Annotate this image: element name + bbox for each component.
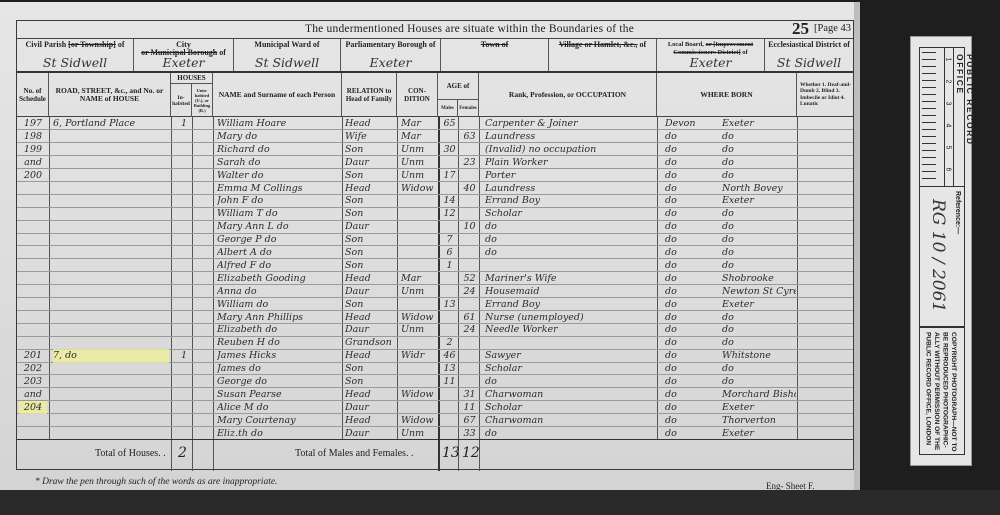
inhabited-count	[177, 414, 191, 427]
relation: Daur	[345, 401, 395, 414]
born-place: Exeter	[722, 427, 796, 440]
schedule-number: 199	[19, 143, 47, 156]
relation: Head	[345, 349, 395, 362]
person-name: Alice M do	[217, 401, 341, 414]
census-page: The undermentioned Houses are situate wi…	[0, 2, 860, 490]
census-row: Elizabeth doDaurUnm24Needle Workerdodo	[17, 323, 853, 336]
relation: Head	[345, 272, 395, 285]
census-row: Mary CourtenayHeadWidow67CharwomandoThor…	[17, 414, 853, 427]
age-male: 14	[441, 194, 458, 207]
condition: Widow	[401, 414, 437, 427]
age-female: 61	[461, 311, 478, 324]
district-value: St Sidwell	[765, 55, 853, 70]
condition: Unm	[401, 285, 437, 298]
copyright-notice: COPYRIGHT PHOTOGRAPH—NOT TO BE REPRODUCE…	[919, 327, 965, 455]
col-header-uninhabited: Unin-habited (U.), or Building (B.)	[192, 84, 213, 117]
page-number: [Page 43	[814, 23, 851, 34]
age-female	[461, 194, 478, 207]
occupation: Laundress	[485, 130, 655, 143]
age-male	[441, 311, 458, 324]
road-address: 6, Portland Place	[53, 117, 169, 130]
born-place: do	[722, 259, 796, 272]
age-female: 10	[461, 220, 478, 233]
col-header-inhabited: In-habited	[171, 84, 192, 117]
relation: Son	[345, 207, 395, 220]
relation: Head	[345, 311, 395, 324]
born-place: do	[722, 362, 796, 375]
age-male: 30	[441, 143, 458, 156]
col-header-schedule: No. of Schedule	[17, 73, 49, 116]
age-female	[461, 375, 478, 388]
district-value: Exeter	[341, 55, 440, 70]
district-city: Cityor Municipal Borough of Exeter	[134, 39, 234, 71]
col-header-where-born: WHERE BORN	[657, 73, 797, 116]
relation: Head	[345, 388, 395, 401]
relation: Son	[345, 169, 395, 182]
age-female: 63	[461, 130, 478, 143]
age-male	[441, 285, 458, 298]
age-female: 24	[461, 323, 478, 336]
age-male	[441, 220, 458, 233]
born-place: Exeter	[722, 298, 796, 311]
occupation: Sawyer	[485, 349, 655, 362]
born-place: do	[722, 323, 796, 336]
header-banner: The undermentioned Houses are situate wi…	[17, 21, 853, 39]
age-female	[461, 259, 478, 272]
district-value: St Sidwell	[17, 55, 133, 70]
person-name: Mary Ann Phillips	[217, 311, 341, 324]
col-header-males: Males	[438, 100, 458, 117]
age-male: 1	[441, 259, 458, 272]
born-county: do	[665, 169, 720, 182]
relation: Daur	[345, 220, 395, 233]
born-county: do	[665, 401, 720, 414]
occupation: do	[485, 246, 655, 259]
condition	[401, 375, 437, 388]
relation: Head	[345, 414, 395, 427]
census-row: George P doSon7dododo	[17, 233, 853, 246]
condition: Widow	[401, 388, 437, 401]
road-address	[53, 169, 169, 182]
occupation	[485, 259, 655, 272]
road-address	[53, 298, 169, 311]
road-address	[53, 272, 169, 285]
relation: Daur	[345, 285, 395, 298]
relation: Daur	[345, 427, 395, 440]
census-row: Elizabeth GoodingHeadMar52Mariner's Wife…	[17, 272, 853, 285]
inhabited-count	[177, 285, 191, 298]
born-county: do	[665, 298, 720, 311]
born-place: Newton St Cyres	[722, 285, 796, 298]
inhabited-count	[177, 427, 191, 440]
occupation: do	[485, 375, 655, 388]
census-row: 204Alice M doDaur11ScholardoExeter	[17, 401, 853, 414]
occupation: (Invalid) no occupation	[485, 143, 655, 156]
schedule-number: 197	[19, 117, 47, 130]
reference-label: Reference:—	[954, 191, 961, 234]
age-male: 12	[441, 207, 458, 220]
district-municipal-ward: Municipal Ward of St Sidwell	[234, 39, 341, 71]
total-males-value: 13	[442, 445, 460, 461]
age-female	[461, 169, 478, 182]
condition: Mar	[401, 130, 437, 143]
age-male: 46	[441, 349, 458, 362]
col-header-occupation: Rank, Profession, or OCCUPATION	[479, 73, 657, 116]
schedule-number	[19, 259, 47, 272]
born-place: do	[722, 233, 796, 246]
born-county: do	[665, 130, 720, 143]
born-county: do	[665, 272, 720, 285]
condition: Unm	[401, 169, 437, 182]
person-name: Susan Pearse	[217, 388, 341, 401]
road-address	[53, 194, 169, 207]
age-male	[441, 388, 458, 401]
schedule-number	[19, 220, 47, 233]
schedule-number: and	[19, 156, 47, 169]
person-name: Sarah do	[217, 156, 341, 169]
inhabited-count: 1	[177, 117, 191, 130]
born-place: Exeter	[722, 401, 796, 414]
scale-number: 1	[944, 58, 951, 62]
occupation: Scholar	[485, 401, 655, 414]
occupation: Housemaid	[485, 285, 655, 298]
census-row: John F doSon14Errand BoydoExeter	[17, 194, 853, 207]
born-place: do	[722, 220, 796, 233]
census-row: andSarah doDaurUnm23Plain Workerdodo	[17, 156, 853, 169]
age-male: 17	[441, 169, 458, 182]
col-header-road: ROAD, STREET, &c., and No. or NAME of HO…	[49, 73, 171, 116]
schedule-number: 204	[19, 401, 47, 414]
age-male	[441, 427, 458, 440]
born-county: do	[665, 182, 720, 195]
age-male: 6	[441, 246, 458, 259]
born-place: do	[722, 130, 796, 143]
relation: Head	[345, 117, 395, 130]
condition	[401, 220, 437, 233]
census-row: 200Walter doSonUnm17Porterdodo	[17, 169, 853, 182]
occupation: Laundress	[485, 182, 655, 195]
schedule-number	[19, 233, 47, 246]
born-place: Morchard Bishop	[722, 388, 796, 401]
born-place: Whitstone	[722, 349, 796, 362]
person-name: Alfred F do	[217, 259, 341, 272]
age-male: 2	[441, 336, 458, 349]
person-name: Mary Ann L do	[217, 220, 341, 233]
age-male	[441, 401, 458, 414]
person-name: William T do	[217, 207, 341, 220]
condition: Unm	[401, 427, 437, 440]
occupation: Scholar	[485, 362, 655, 375]
col-header-females: Females	[458, 100, 479, 117]
scale-ruler: 123456 PUBLIC RECORD OFFICE	[919, 47, 965, 187]
schedule-number	[19, 427, 47, 440]
schedule-number: 201	[19, 349, 47, 362]
census-row: 2017, do1James HicksHeadWidr46SawyerdoWh…	[17, 349, 853, 362]
born-county: do	[665, 414, 720, 427]
census-row: 203George doSon11dododo	[17, 375, 853, 388]
born-county: Devon	[665, 117, 720, 130]
born-county: do	[665, 323, 720, 336]
ruler-scale: 123456	[944, 48, 954, 186]
condition	[401, 259, 437, 272]
relation: Wife	[345, 130, 395, 143]
record-office-label: 123456 PUBLIC RECORD OFFICE Reference:— …	[910, 36, 972, 466]
totals-row: Total of Houses. . 2 Total of Males and …	[17, 439, 853, 471]
person-name: James Hicks	[217, 349, 341, 362]
person-name: Richard do	[217, 143, 341, 156]
occupation: Charwoman	[485, 388, 655, 401]
inhabited-count	[177, 401, 191, 414]
inhabited-count	[177, 143, 191, 156]
district-town: Town of	[441, 39, 549, 71]
age-female: 23	[461, 156, 478, 169]
age-female	[461, 336, 478, 349]
age-female: 24	[461, 285, 478, 298]
column-headers: No. of Schedule ROAD, STREET, &c., and N…	[17, 73, 853, 117]
schedule-number: 202	[19, 362, 47, 375]
born-place: Shobrooke	[722, 272, 796, 285]
road-address	[53, 233, 169, 246]
born-place: North Bovey	[722, 182, 796, 195]
col-header-name: NAME and Surname of each Person	[213, 73, 342, 116]
total-females-value: 12	[462, 445, 480, 461]
inhabited-count	[177, 272, 191, 285]
age-female: 11	[461, 401, 478, 414]
inhabited-count	[177, 323, 191, 336]
schedule-number: 203	[19, 375, 47, 388]
census-row: Anna doDaurUnm24HousemaiddoNewton St Cyr…	[17, 285, 853, 298]
inhabited-count	[177, 207, 191, 220]
ruler-ticks	[922, 52, 936, 184]
relation: Head	[345, 182, 395, 195]
census-row: 199Richard doSonUnm30(Invalid) no occupa…	[17, 143, 853, 156]
schedule-number	[19, 323, 47, 336]
condition	[401, 336, 437, 349]
age-male	[441, 414, 458, 427]
person-name: Elizabeth do	[217, 323, 341, 336]
condition: Unm	[401, 143, 437, 156]
person-name: Reuben H do	[217, 336, 341, 349]
schedule-number	[19, 272, 47, 285]
road-address	[53, 336, 169, 349]
relation: Son	[345, 233, 395, 246]
col-header-condition: CON-DITION	[397, 73, 438, 116]
inhabited-count	[177, 220, 191, 233]
relation: Son	[345, 375, 395, 388]
schedule-number	[19, 207, 47, 220]
census-row: Mary Ann PhillipsHeadWidow61Nurse (unemp…	[17, 311, 853, 324]
road-address	[53, 130, 169, 143]
scan-border	[0, 490, 1000, 515]
scale-number: 4	[944, 124, 951, 128]
inhabited-count	[177, 311, 191, 324]
inhabited-count	[177, 130, 191, 143]
age-male	[441, 156, 458, 169]
condition	[401, 194, 437, 207]
occupation: Plain Worker	[485, 156, 655, 169]
road-address	[53, 414, 169, 427]
record-office-title: PUBLIC RECORD OFFICE	[955, 54, 975, 186]
inhabited-count	[177, 233, 191, 246]
age-female: 33	[461, 427, 478, 440]
district-value: St Sidwell	[234, 55, 340, 70]
inhabited-count	[177, 336, 191, 349]
schedule-number	[19, 194, 47, 207]
relation: Son	[345, 194, 395, 207]
age-female	[461, 207, 478, 220]
road-address	[53, 323, 169, 336]
occupation: Mariner's Wife	[485, 272, 655, 285]
condition: Unm	[401, 156, 437, 169]
born-county: do	[665, 156, 720, 169]
census-rows: 1976, Portland Place1William HoareHeadMa…	[17, 117, 853, 439]
relation: Grandson	[345, 336, 395, 349]
condition	[401, 207, 437, 220]
district-local-board: Local Board, or [Improvement Commissione…	[657, 39, 765, 71]
inhabited-count	[177, 169, 191, 182]
occupation: Charwoman	[485, 414, 655, 427]
born-place: do	[722, 375, 796, 388]
census-row: 1976, Portland Place1William HoareHeadMa…	[17, 117, 853, 130]
person-name: John F do	[217, 194, 341, 207]
inhabited-count	[177, 259, 191, 272]
age-male	[441, 323, 458, 336]
relation: Son	[345, 362, 395, 375]
road-address	[53, 220, 169, 233]
road-address	[53, 285, 169, 298]
census-row: Reuben H doGrandson2dodo	[17, 336, 853, 349]
born-county: do	[665, 285, 720, 298]
occupation: Porter	[485, 169, 655, 182]
scale-number: 5	[944, 146, 951, 150]
born-place: do	[722, 143, 796, 156]
census-form: The undermentioned Houses are situate wi…	[16, 20, 854, 470]
schedule-number	[19, 246, 47, 259]
age-male: 65	[441, 117, 458, 130]
census-row: William T doSon12Scholardodo	[17, 207, 853, 220]
born-county: do	[665, 362, 720, 375]
road-address	[53, 246, 169, 259]
age-male: 7	[441, 233, 458, 246]
road-address	[53, 259, 169, 272]
road-address	[53, 388, 169, 401]
total-houses-value: 2	[178, 445, 187, 461]
occupation	[485, 336, 655, 349]
person-name: Emma M Collings	[217, 182, 341, 195]
relation: Son	[345, 259, 395, 272]
occupation: do	[485, 427, 655, 440]
reference-value: RG 10 / 2061	[928, 199, 948, 312]
district-parliamentary-borough: Parliamentary Borough of Exeter	[341, 39, 441, 71]
age-male	[441, 130, 458, 143]
age-female	[461, 117, 478, 130]
occupation: Carpenter & Joiner	[485, 117, 655, 130]
col-header-relation: RELATION to Head of Family	[342, 73, 397, 116]
born-county: do	[665, 143, 720, 156]
born-county: do	[665, 388, 720, 401]
census-row: Mary Ann L doDaur10dododo	[17, 220, 853, 233]
born-county: do	[665, 246, 720, 259]
schedule-number: 200	[19, 169, 47, 182]
inhabited-count	[177, 182, 191, 195]
person-name: George do	[217, 375, 341, 388]
born-county: do	[665, 220, 720, 233]
person-name: Albert A do	[217, 246, 341, 259]
road-address	[53, 311, 169, 324]
district-civil-parish: Civil Parish [or Township] of St Sidwell	[17, 39, 134, 71]
born-place: do	[722, 169, 796, 182]
schedule-number	[19, 414, 47, 427]
sheet-number: 25	[792, 19, 809, 39]
age-female: 40	[461, 182, 478, 195]
reference-box: Reference:— RG 10 / 2061	[919, 187, 965, 327]
occupation: Needle Worker	[485, 323, 655, 336]
person-name: Eliz.th do	[217, 427, 341, 440]
census-row: 202James doSon13Scholardodo	[17, 362, 853, 375]
person-name: Elizabeth Gooding	[217, 272, 341, 285]
age-male	[441, 182, 458, 195]
condition	[401, 401, 437, 414]
inhabited-count	[177, 388, 191, 401]
district-village: Village or Hamlet, &c., of	[549, 39, 657, 71]
schedule-number	[19, 298, 47, 311]
schedule-number: 198	[19, 130, 47, 143]
person-name: George P do	[217, 233, 341, 246]
total-houses-label: Total of Houses. .	[95, 448, 166, 459]
person-name: Mary Courtenay	[217, 414, 341, 427]
schedule-number	[19, 336, 47, 349]
born-place: do	[722, 336, 796, 349]
age-female	[461, 349, 478, 362]
total-persons-label: Total of Males and Females. .	[295, 448, 413, 459]
census-row: 198Mary doWifeMar63Laundressdodo	[17, 130, 853, 143]
condition: Unm	[401, 323, 437, 336]
condition: Mar	[401, 272, 437, 285]
road-address	[53, 375, 169, 388]
road-address	[53, 207, 169, 220]
person-name: William do	[217, 298, 341, 311]
condition: Widr	[401, 349, 437, 362]
born-county: do	[665, 375, 720, 388]
census-row: Alfred F doSon1dodo	[17, 259, 853, 272]
census-row: andSusan PearseHeadWidow31CharwomandoMor…	[17, 388, 853, 401]
age-female	[461, 143, 478, 156]
condition: Widow	[401, 182, 437, 195]
schedule-number	[19, 182, 47, 195]
road-address	[53, 427, 169, 440]
born-county: do	[665, 349, 720, 362]
age-female: 31	[461, 388, 478, 401]
condition: Mar	[401, 117, 437, 130]
born-place: Thorverton	[722, 414, 796, 427]
occupation: Errand Boy	[485, 194, 655, 207]
census-row: Albert A doSon6dododo	[17, 246, 853, 259]
road-address: 7, do	[53, 349, 169, 362]
banner-title: The undermentioned Houses are situate wi…	[305, 23, 634, 35]
relation: Son	[345, 143, 395, 156]
road-address	[53, 362, 169, 375]
person-name: William Hoare	[217, 117, 341, 130]
born-county: do	[665, 427, 720, 440]
age-female: 67	[461, 414, 478, 427]
person-name: Mary do	[217, 130, 341, 143]
schedule-number	[19, 285, 47, 298]
scale-number: 2	[944, 80, 951, 84]
census-row: Eliz.th doDaurUnm33dodoExeter	[17, 427, 853, 440]
born-county: do	[665, 207, 720, 220]
col-header-infirmity: Whether 1. Deaf-and-Dumb 2. Blind 3. Imb…	[797, 73, 855, 116]
relation: Daur	[345, 323, 395, 336]
